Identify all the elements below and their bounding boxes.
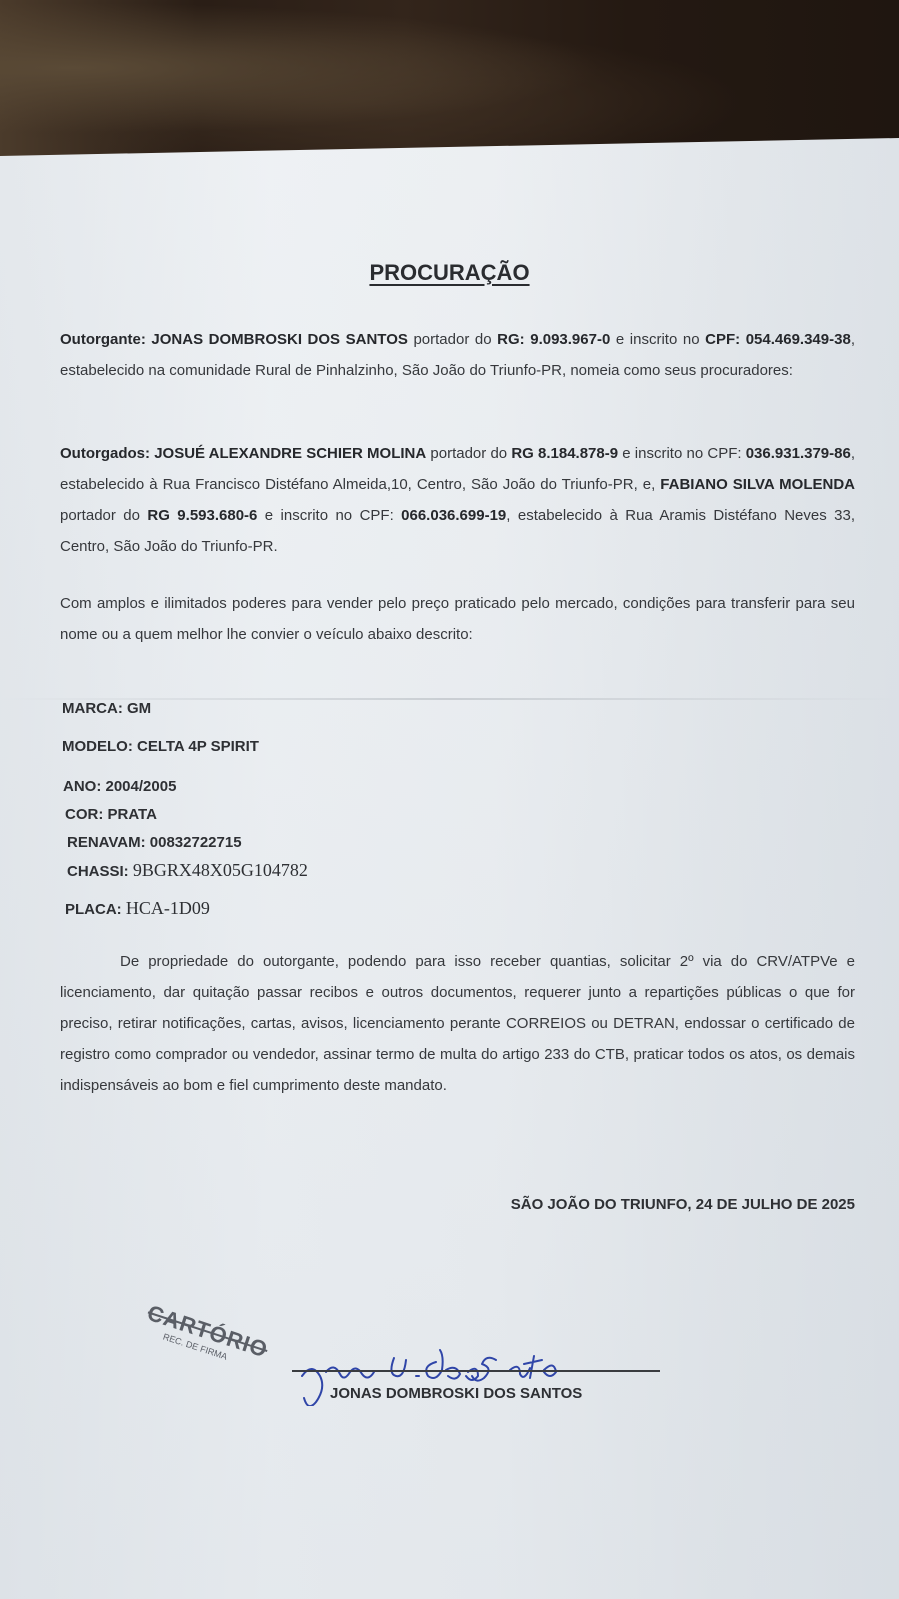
vehicle-marca: MARCA: GM — [62, 700, 151, 717]
vehicle-ano: ANO: 2004/2005 — [63, 778, 176, 795]
document-title: PROCURAÇÃO — [0, 260, 899, 286]
notary-stamp: CARTÓRIO REC. DE FIRMA — [124, 1300, 294, 1432]
mandate-paragraph: De propriedade do outorgante, podendo pa… — [60, 946, 855, 1101]
powers-paragraph: Com amplos e ilimitados poderes para ven… — [60, 588, 855, 650]
vehicle-placa: PLACA: HCA-1D09 — [65, 898, 210, 919]
document-page: PROCURAÇÃO Outorgante: JONAS DOMBROSKI D… — [0, 138, 899, 1599]
vehicle-modelo: MODELO: CELTA 4P SPIRIT — [62, 738, 259, 755]
signature-line — [292, 1370, 660, 1372]
vehicle-renavam: RENAVAM: 00832722715 — [67, 834, 242, 851]
vehicle-cor: COR: PRATA — [65, 806, 157, 823]
place-and-date: SÃO JOÃO DO TRIUNFO, 24 DE JULHO DE 2025 — [511, 1196, 855, 1213]
signer-name: JONAS DOMBROSKI DOS SANTOS — [330, 1385, 582, 1402]
outorgados-paragraph: Outorgados: JOSUÉ ALEXANDRE SCHIER MOLIN… — [60, 438, 855, 562]
vehicle-chassi: CHASSI: 9BGRX48X05G104782 — [67, 860, 308, 881]
outorgante-paragraph: Outorgante: JONAS DOMBROSKI DOS SANTOS p… — [60, 324, 855, 386]
